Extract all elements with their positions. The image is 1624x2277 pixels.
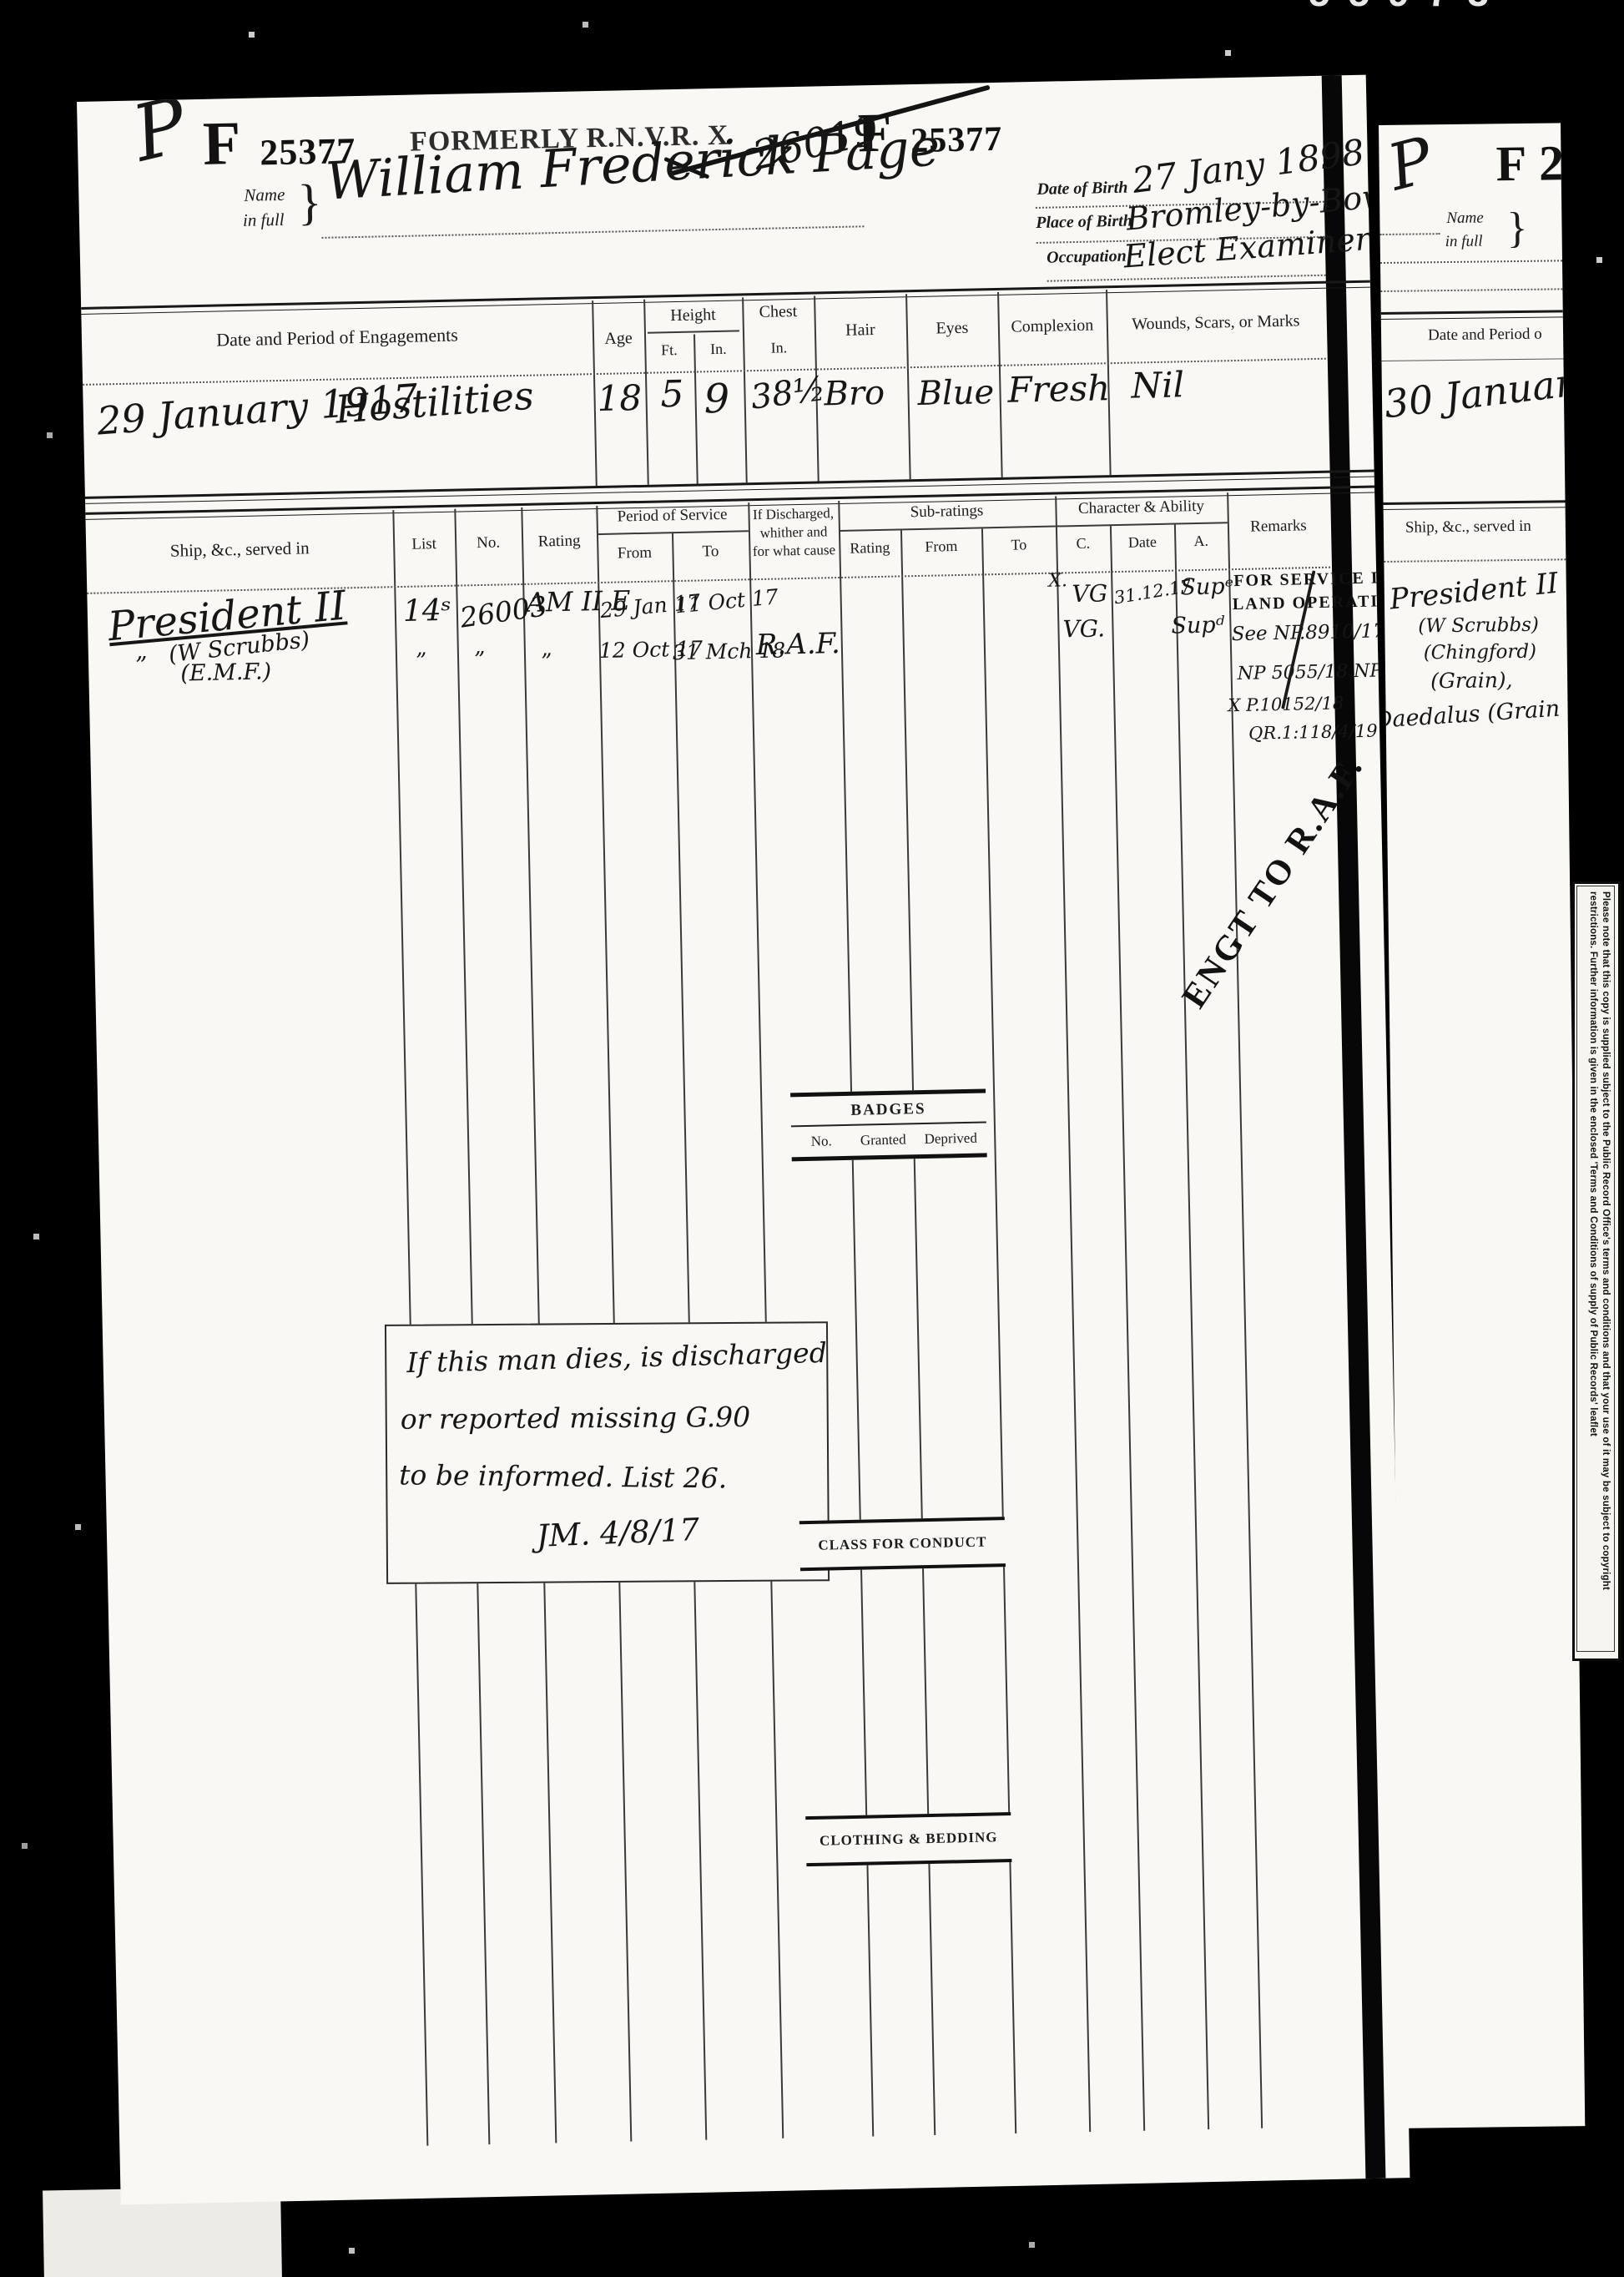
right-page-name-label-bottom: in full [1445, 232, 1483, 251]
col-header-discharged-2: whither and [749, 523, 839, 542]
col-header-remarks: Remarks [1228, 517, 1329, 538]
table-rule [1381, 358, 1563, 361]
discharge-note-box: If this man dies, is discharged or repor… [385, 1321, 830, 1584]
table-rule [648, 330, 739, 333]
right-page-ship-value-3: (Chingford) [1424, 641, 1537, 664]
complexion-value: Fresh [1007, 367, 1111, 411]
place-of-birth-label: Place of Birth [1036, 212, 1132, 233]
eyes-value: Blue [917, 373, 995, 413]
col-header-discharged-3: for what cause [749, 542, 839, 560]
adjacent-record-page: P F 2 Name in full } Date and Period o 3… [1379, 123, 1585, 2128]
wounds-value: Nil [1131, 364, 1185, 406]
table-rule [748, 502, 784, 2138]
badges-table: BADGES No. Granted Deprived [790, 1088, 987, 1161]
col-header-a: A. [1174, 532, 1228, 550]
right-page-p-mark: P [1380, 123, 1440, 204]
character-value-1: VG [1072, 579, 1107, 608]
copyright-notice-text: Please note that this copy is supplied s… [1576, 886, 1615, 1652]
table-rule [838, 501, 874, 2137]
col-header-c: C. [1056, 534, 1110, 553]
remarks-line-1: See NP.8910/17. (S1117) [1231, 618, 1410, 645]
table-rule [1380, 260, 1562, 264]
col-header-sub-to: To [981, 536, 1056, 555]
copyright-notice-strip: Please note that this copy is supplied s… [1572, 881, 1621, 1661]
right-page-ship-value-1: President II [1388, 567, 1560, 617]
no-ditto-mark: ” [474, 648, 486, 673]
right-page-name-label-top: Name [1446, 209, 1484, 228]
col-header-chest-in: In. [743, 339, 815, 358]
remarks-line-4: QR.1:118/4/19 [1248, 721, 1378, 744]
name-label-bottom: in full [243, 210, 285, 231]
col-header-complexion: Complexion [998, 316, 1107, 337]
ship-served-value-3: (E.M.F.) [180, 659, 271, 686]
name-brace: } [297, 174, 322, 232]
col-header-subratings: Sub-ratings [838, 501, 1055, 523]
rating-ditto-mark: ” [541, 649, 552, 674]
corner-number-fragment: 55973 [1302, 0, 1602, 13]
col-header-no: No. [455, 533, 522, 553]
main-record-page: P F 25377 FORMERLY R.N.V.R. X 26019 F 25… [77, 75, 1410, 2205]
note-signature: JM. 4/8/17 [536, 1512, 700, 1554]
character-x-mark: X. [1048, 570, 1067, 591]
service-to-1: 11 Oct 17 [674, 584, 779, 618]
discharged-value: R.A.F. [755, 627, 840, 662]
table-rule [900, 530, 936, 2135]
col-header-list: List [393, 535, 455, 555]
table-rule [1380, 288, 1562, 292]
service-table: Ship, &c., served in List No. Rating Per… [85, 486, 1409, 2155]
character-value-2: VG. [1062, 614, 1105, 643]
table-rule [981, 528, 1016, 2133]
table-rule [1381, 310, 1563, 320]
col-header-in: In. [693, 340, 743, 358]
col-header-sub-rating: Rating [839, 538, 900, 558]
official-number-stamp-f: F [202, 109, 242, 180]
note-line-2: or reported missing G.90 [401, 1401, 751, 1436]
col-header-character-ability: Character & Ability [1055, 497, 1227, 518]
height-in-value: 9 [704, 376, 730, 423]
corner-number-text: 55973 [1309, 0, 1507, 13]
right-page-ship-value-2: (W Scrubbs) [1418, 614, 1539, 638]
badges-col-deprived: Deprived [915, 1123, 987, 1154]
table-rule [1384, 558, 1566, 563]
table-rule [742, 297, 748, 482]
name-rule [321, 225, 864, 239]
age-value: 18 [597, 377, 642, 419]
note-line-3: to be informed. List 26. [399, 1458, 727, 1494]
col-header-ft: Ft. [644, 341, 693, 360]
right-page-f-stamp: F 2 [1495, 134, 1565, 193]
height-ft-value: 5 [660, 373, 684, 417]
col-header-from: From [597, 543, 672, 563]
occupation-label: Occupation [1047, 247, 1127, 268]
col-header-discharged-1: If Discharged, [748, 505, 838, 523]
clothing-bedding-band: CLOTHING & BEDDING [805, 1812, 1011, 1866]
land-operations-stamp-line2: LAND OPERATIONS [1233, 591, 1410, 614]
badges-col-no: No. [791, 1126, 852, 1158]
engagement-table: Date and Period of Engagements Age Heigh… [81, 280, 1374, 501]
occupation-rule [1047, 275, 1326, 282]
col-header-hair: Hair [815, 320, 906, 341]
table-rule [1110, 526, 1145, 2131]
class-for-conduct-label: CLASS FOR CONDUCT [799, 1520, 1006, 1554]
col-header-period-of-service: Period of Service [596, 505, 748, 527]
scanned-service-record: 55973 P F 25377 FORMERLY R.N.V.R. X 2601… [0, 0, 1624, 2277]
badges-title: BADGES [790, 1093, 986, 1127]
col-header-wounds: Wounds, Scars, or Marks [1107, 311, 1325, 335]
right-page-name-brace: } [1506, 204, 1528, 253]
table-rule [839, 526, 1056, 532]
badges-header-row: No. Granted Deprived [791, 1123, 987, 1157]
right-page-ship-value-5: Daedalus (Grain [1379, 696, 1561, 734]
table-rule [643, 300, 649, 485]
right-page-engagement-value: 30 January 1 [1382, 353, 1586, 427]
col-header-eyes: Eyes [906, 318, 998, 339]
col-header-char-date: Date [1110, 533, 1174, 553]
ability-value-2: Supᵈ [1171, 612, 1225, 639]
list-value: 14ˢ [402, 593, 451, 629]
col-header-ship: Ship, &c., served in [86, 536, 393, 563]
remarks-line-2: NP 5055/18 NP 5735/18 [1237, 659, 1410, 684]
col-header-rating: Rating [522, 532, 597, 552]
badges-col-granted: Granted [851, 1124, 915, 1156]
class-for-conduct-band: CLASS FOR CONDUCT [799, 1517, 1006, 1571]
name-label-top: Name [244, 184, 285, 206]
right-page-date-period-label: Date and Period o [1428, 326, 1542, 346]
right-page-ship-header: Ship, &c., served in [1405, 517, 1531, 538]
col-header-sub-from: From [900, 537, 981, 556]
table-rule [1380, 233, 1440, 235]
table-rule [1384, 500, 1566, 510]
hair-value: Bro [824, 374, 885, 414]
col-header-chest: Chest [742, 302, 814, 323]
col-header-age: Age [593, 329, 644, 349]
table-rule [1174, 525, 1209, 2130]
col-header-to: To [672, 542, 749, 562]
col-header-height: Height [643, 305, 742, 326]
col-header-engagements: Date and Period of Engagements [82, 321, 593, 354]
handwritten-p-mark: P [124, 80, 195, 179]
ship-ditto-mark: ” [135, 651, 148, 679]
scan-specks [0, 0, 3, 3]
right-page-ship-value-4: (Grain), [1430, 668, 1513, 693]
clothing-bedding-label: CLOTHING & BEDDING [805, 1815, 1011, 1850]
ability-value-1: Supᵉ [1180, 573, 1233, 600]
table-rule [1055, 497, 1091, 2133]
date-of-birth-label: Date of Birth [1036, 179, 1127, 199]
table-rule [1056, 522, 1228, 527]
note-line-1: If this man dies, is discharged [406, 1336, 827, 1379]
list-ditto-mark: ” [416, 649, 427, 674]
